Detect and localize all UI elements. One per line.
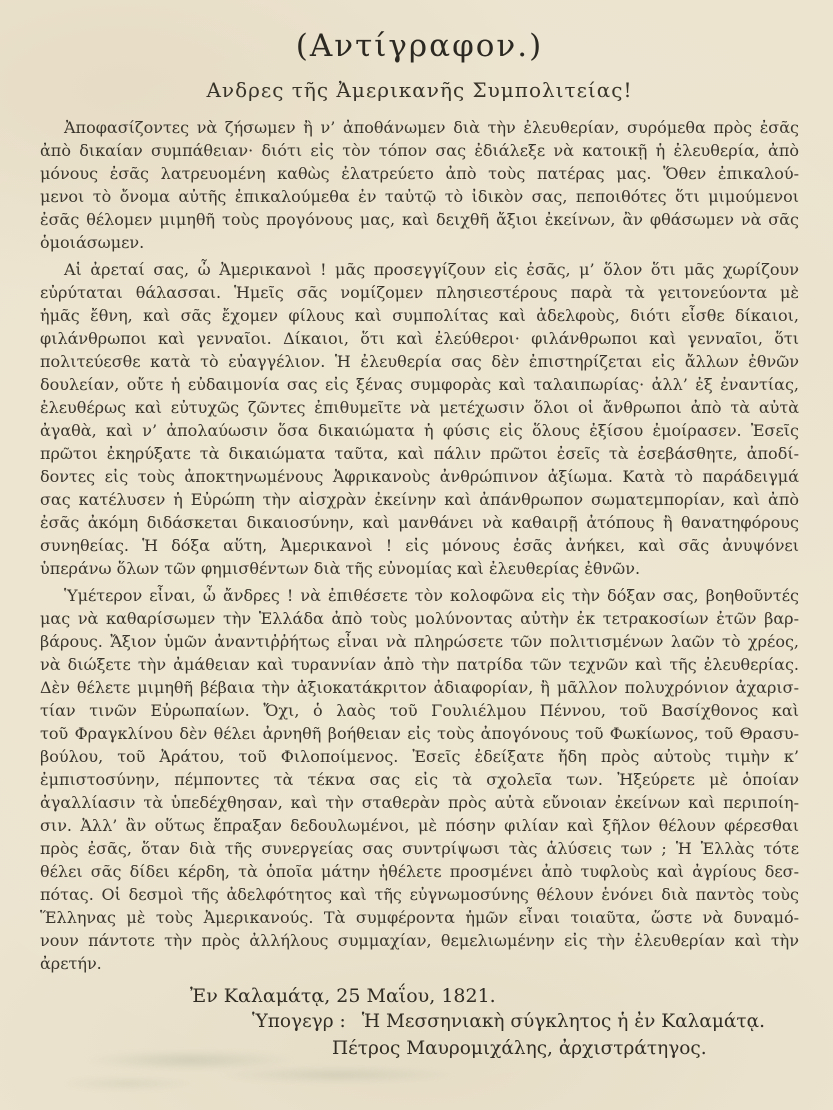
page-title: (Αντίγραφον.) — [40, 28, 799, 64]
text-line: σας κατέλυσεν ἡ Εὐρώπη τὴν αἰσχρὰν ἐκείν… — [40, 488, 799, 511]
text-line: βούλου, τοῦ Ἀράτου, τοῦ Φιλοποίμενος. Ἐσ… — [40, 745, 799, 768]
text-line: νὰ διώξετε τὴν ἀμάθειαν καὶ τυραννίαν ἀπ… — [40, 653, 799, 676]
document-body: Ἀποφασίζοντες νὰ ζήσωμεν ἢ ν’ ἀποθάνωμεν… — [40, 116, 799, 975]
dateline: Ἐν Καλαμάτᾳ, 25 Μαΐου, 1821. — [40, 985, 799, 1011]
text-line: Ἀποφασίζοντες νὰ ζήσωμεν ἢ ν’ ἀποθάνωμεν… — [40, 116, 799, 139]
paragraph: Αἱ ἀρεταί σας, ὦ Ἀμερικανοὶ ! μᾶς προσεγ… — [40, 258, 799, 580]
paragraph: Ὑμέτερον εἶναι, ὦ ἄνδρες ! νὰ ἐπιθέσετε … — [40, 584, 799, 975]
text-line: ἀγαλλίασιν τὰ ὑπεδέχθησαν, καὶ τὴν σταθε… — [40, 791, 799, 814]
text-line: Ὑμέτερον εἶναι, ὦ ἄνδρες ! νὰ ἐπιθέσετε … — [40, 584, 799, 607]
text-line: ἐσᾶς ἀκόμη διδάσκεται δικαιοσύνην, καὶ μ… — [40, 511, 799, 534]
text-line: ἀπὸ δικαίαν συμπάθειαν· διότι εἰς τὸν τό… — [40, 139, 799, 162]
text-line: ἐλευθέρως καὶ εὐτυχῶς ζῶντες ἐπιθυμεῖτε … — [40, 396, 799, 419]
text-line: πολιτεύεσθε κατὰ τὸ εὐαγγέλιον. Ἡ ἐλευθε… — [40, 350, 799, 373]
text-line: Δὲν θέλετε μιμηθῆ βέβαια τὴν ἀξιοκατάκρι… — [40, 676, 799, 699]
text-line: δουλείαν, οὔτε ἡ εὐδαιμονία σας εἰς ξένα… — [40, 373, 799, 396]
text-line: βάρους. Ἄξιον ὑμῶν ἀναντιῤῥήτως εἶναι νὰ… — [40, 630, 799, 653]
text-line: Ἕλληνας μὲ τοὺς Ἀμερικανούς. Τὰ συμφέρον… — [40, 906, 799, 929]
text-line: ἐμπιστοσύνην, πέμποντες τὰ τέκνα σας εἰς… — [40, 768, 799, 791]
text-line: δοντες εἰς τοὺς ἀποκτηνωμένους Ἀφρικανοὺ… — [40, 465, 799, 488]
text-line: ὁμοιάσωμεν. — [40, 231, 799, 254]
signature-label: Ὑπογεγρ : — [252, 1011, 346, 1032]
document-page-content: (Αντίγραφον.) Ανδρες τῆς Ἀμερικανῆς Συμπ… — [0, 0, 833, 1110]
text-line: φιλάνθρωποι καὶ γενναῖοι. Δίκαιοι, ὅτι κ… — [40, 327, 799, 350]
text-line: σιν. Ἀλλ’ ἂν οὕτως ἔπραξαν δεδουλωμένοι,… — [40, 814, 799, 837]
show-through-smudge — [65, 1040, 485, 1098]
text-line: τοῦ Φραγκλίνου δὲν θέλει ἀρνηθῆ βοήθειαν… — [40, 722, 799, 745]
text-line: τίαν τινῶν Εὐρωπαίων. Ὄχι, ὁ λαὸς τοῦ Γο… — [40, 699, 799, 722]
text-line: πότας. Οἱ δεσμοὶ τῆς ἀδελφότητος καὶ τῆς… — [40, 883, 799, 906]
text-line: ἡμᾶς ἔθνη, καὶ σᾶς ἔχομεν φίλους καὶ συμ… — [40, 304, 799, 327]
text-line: εὐρύταται θάλασσαι. Ἡμεῖς σᾶς νομίζομεν … — [40, 281, 799, 304]
text-line: μόνους ἐσᾶς λατρευομένη καθὼς ἐλατρεύετο… — [40, 162, 799, 185]
document-page: { "colors": { "paper": "#ece4cf", "ink":… — [0, 0, 833, 1110]
text-line: ἐσᾶς θέλομεν μιμηθῆ τοὺς προγόνους μας, … — [40, 208, 799, 231]
signature-row: Ὑπογεγρ :Ἡ Μεσσηνιακὴ σύγκλητος ἡ ἐν Καλ… — [40, 1011, 799, 1038]
text-line: συνηθείας. Ἡ δόξα αὕτη, Ἀμερικανοὶ ! εἰς… — [40, 534, 799, 557]
text-line: ἀρετήν. — [40, 952, 799, 975]
text-line: νουν πάντοτε τὴν πρὸς ἀλλήλους συμμαχίαν… — [40, 929, 799, 952]
text-line: ὑπεράνω ὅλων τῶν φημισθέντων διὰ τῆς εὐν… — [40, 557, 799, 580]
text-line: πρῶτοι ἐκηρύξατε τὰ δικαιώματα ταῦτα, κα… — [40, 442, 799, 465]
text-line: θέλει σᾶς δίδει κέρδη, τὰ ὁποῖα μάτην ἠθ… — [40, 860, 799, 883]
text-line: πρὸς ἐσᾶς, ὅταν διὰ τῆς συνεργείας σας σ… — [40, 837, 799, 860]
text-line: Αἱ ἀρεταί σας, ὦ Ἀμερικανοὶ ! μᾶς προσεγ… — [40, 258, 799, 281]
salutation: Ανδρες τῆς Ἀμερικανῆς Συμπολιτείας! — [40, 78, 799, 102]
text-line: ἀγαθὰ, καὶ ν’ ἀπολαύωσιν ὅσα δικαιώματα … — [40, 419, 799, 442]
signature-body: Ἡ Μεσσηνιακὴ σύγκλητος ἡ ἐν Καλαμάτᾳ. — [362, 1011, 765, 1032]
text-line: μενοι τὸ ὄνομα αὐτῆς ἐπικαλούμεθα ἐν ταὐ… — [40, 185, 799, 208]
paragraph: Ἀποφασίζοντες νὰ ζήσωμεν ἢ ν’ ἀποθάνωμεν… — [40, 116, 799, 254]
text-line: μας νὰ καθαρίσωμεν τὴν Ἑλλάδα ἀπὸ τοὺς μ… — [40, 607, 799, 630]
